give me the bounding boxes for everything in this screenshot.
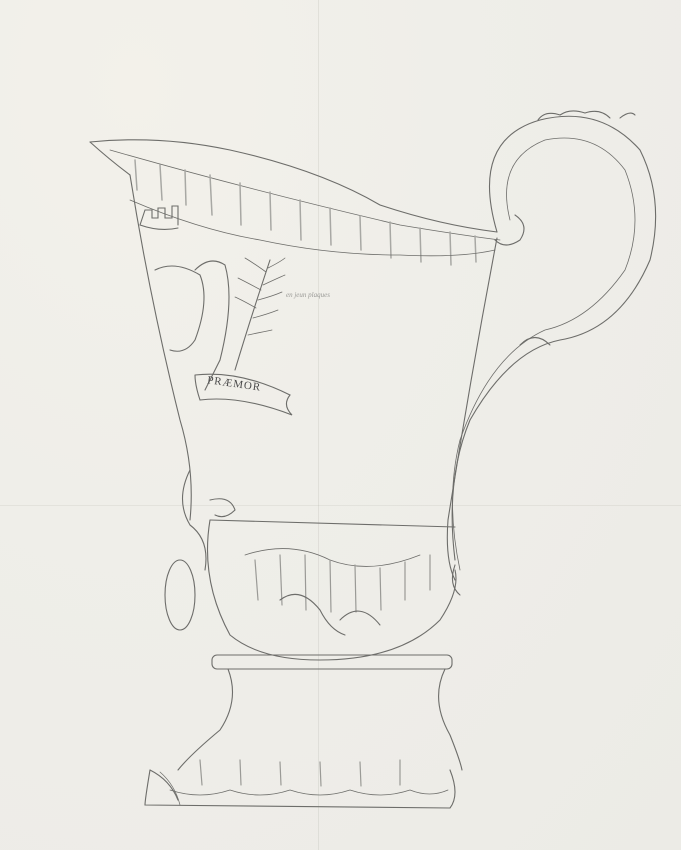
ewer-drawing — [0, 0, 681, 850]
paper-sheet: PRÆMOR en jeun plaques — [0, 0, 681, 850]
marginal-note: en jeun plaques — [286, 291, 330, 299]
